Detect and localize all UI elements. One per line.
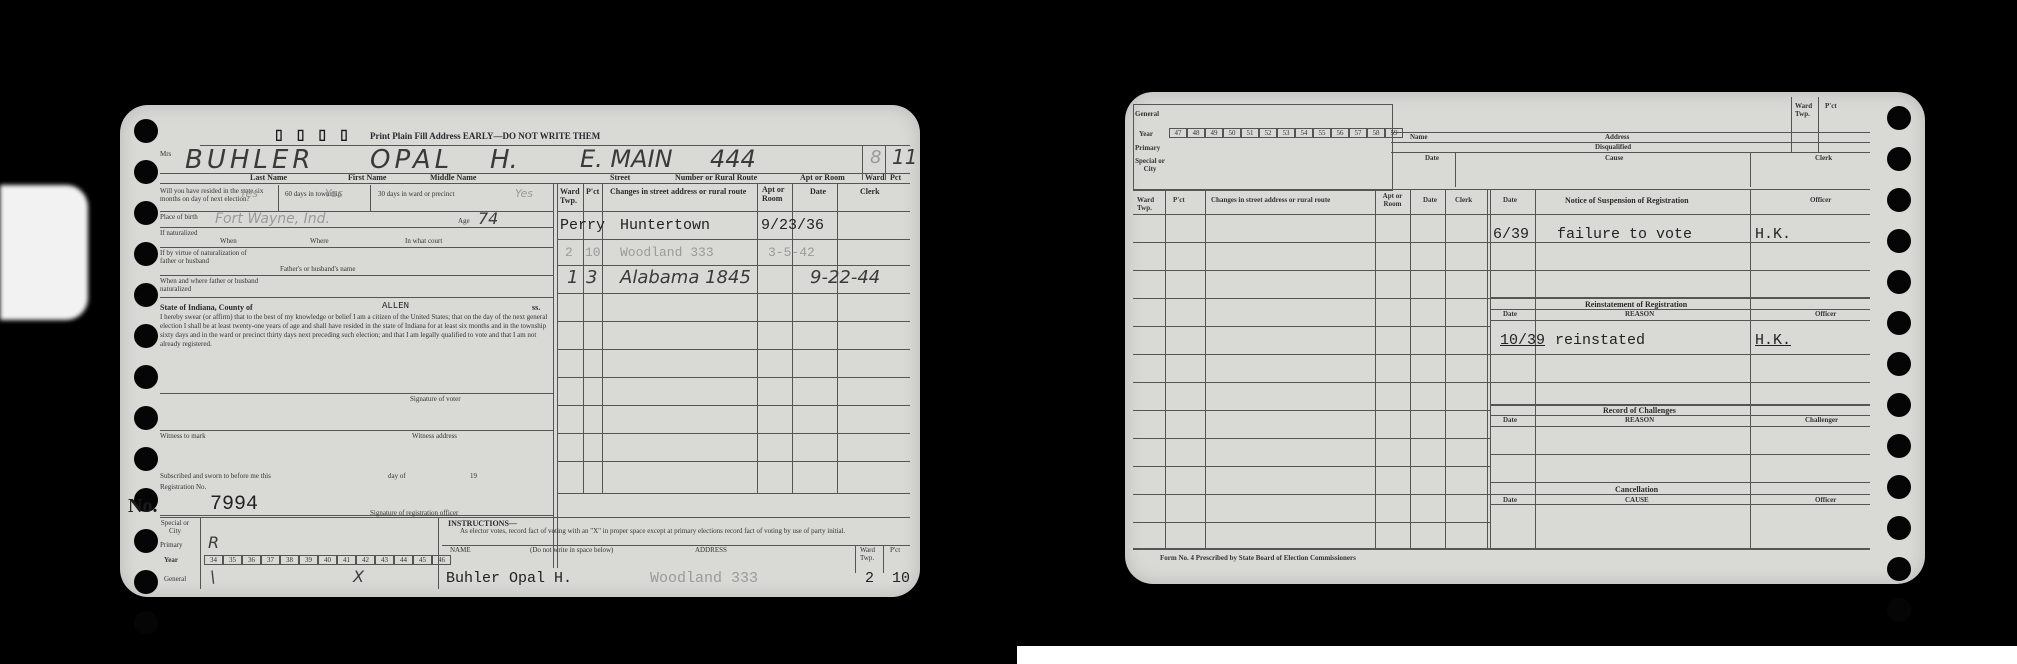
court-label: In what court <box>405 237 442 245</box>
year-cell: 50 <box>1223 128 1241 138</box>
signature-voter-label: Signature of voter <box>410 395 461 403</box>
ward-label: Ward <box>865 173 885 182</box>
voting-grid-right <box>1133 104 1393 191</box>
hole-icon <box>134 447 158 471</box>
cancellation-title: Cancellation <box>1615 485 1658 494</box>
year-row-label: Year <box>1139 130 1153 138</box>
first-name-value: OPAL <box>370 145 453 175</box>
year-cell: 45 <box>413 555 432 565</box>
header-boxes: ▯▯▯▯ <box>275 127 362 144</box>
suspension-reason: failure to vote <box>1557 226 1692 243</box>
general-mark-34: \ <box>210 567 215 586</box>
days-ward-value: Yes <box>515 187 533 200</box>
registration-number: 7994 <box>210 493 258 516</box>
change-row-2-pct: 10 <box>585 245 601 260</box>
registration-card-front: ▯▯▯▯ Print Plain Fill Address EARLY—DO N… <box>120 105 920 597</box>
fathers-name-label: Father's or husband's name <box>280 265 355 273</box>
hole-icon <box>134 119 158 143</box>
year-cell: 37 <box>261 555 280 565</box>
year-cell: 41 <box>337 555 356 565</box>
hole-icon <box>1887 516 1911 540</box>
no-write-label: (Do not write in space below) <box>530 546 613 554</box>
year-cell: 42 <box>356 555 375 565</box>
middle-name-label: Middle Name <box>430 173 476 182</box>
where-label: Where <box>310 237 329 245</box>
year-row-label: Year <box>164 556 178 564</box>
year-cell: 49 <box>1205 128 1223 138</box>
hole-icon <box>1887 393 1911 417</box>
apt-header: Apt or Room <box>1380 192 1405 208</box>
change-row-3-pct: 3 <box>586 267 597 288</box>
pct-value: 11 <box>892 145 917 169</box>
clerk-header: Clerk <box>860 187 880 196</box>
number-label: Number or Rural Route <box>675 173 757 182</box>
days-township-value: Yes <box>325 187 343 200</box>
last-name-label: Last Name <box>250 173 287 182</box>
street-label: Street <box>610 173 630 182</box>
year-cell: 56 <box>1331 128 1349 138</box>
year-cell: 57 <box>1349 128 1367 138</box>
year-cell: 48 <box>1187 128 1205 138</box>
cancellation-officer-header: Officer <box>1815 496 1836 504</box>
subscribed-label: Subscribed and sworn to before me this <box>160 472 271 480</box>
hole-icon <box>134 611 158 635</box>
change-row-1-ward: Perry <box>560 217 605 234</box>
stub-address: Woodland 333 <box>650 570 758 587</box>
form-footer: Form No. 4 Prescribed by State Board of … <box>1160 554 1356 562</box>
resided-state-value: Yes <box>240 187 258 200</box>
hole-icon <box>134 529 158 553</box>
hole-icon <box>134 570 158 594</box>
primary-row-label: Primary <box>160 541 183 549</box>
clerk-header: Clerk <box>1455 196 1472 204</box>
ward-label-bottom: Ward Twp. <box>860 546 880 562</box>
special-row-label: Special or City <box>1135 157 1165 173</box>
year-cell: 39 <box>299 555 318 565</box>
year-prefix: 19 <box>470 472 477 480</box>
cancellation-cause-header: CAUSE <box>1625 496 1649 504</box>
suspension-officer-header: Officer <box>1810 196 1831 204</box>
hole-icon <box>1887 557 1911 581</box>
when-label: When <box>220 237 237 245</box>
apt-label: Apt or Room <box>800 173 845 182</box>
county-value: ALLEN <box>382 301 409 311</box>
header-text: Print Plain Fill Address EARLY—DO NOT WR… <box>370 131 600 141</box>
pct-label: Pct <box>890 173 901 182</box>
year-cell: 35 <box>223 555 242 565</box>
first-name-label: First Name <box>348 173 386 182</box>
date-header: Date <box>1423 196 1437 204</box>
white-strip <box>1017 646 2017 664</box>
pct-label: P'ct <box>1825 102 1837 110</box>
challenges-challenger-header: Challenger <box>1805 416 1838 424</box>
scanner-glare <box>0 185 88 320</box>
hole-icon <box>134 365 158 389</box>
year-cell: 52 <box>1259 128 1277 138</box>
address-header: Changes in street address or rural route <box>610 187 746 196</box>
pct-header: P'ct <box>586 187 599 196</box>
year-cell: 36 <box>242 555 261 565</box>
primary-mark-34: R <box>208 533 219 552</box>
punch-holes <box>1887 106 1911 622</box>
when-where-label: When and where father or husband natural… <box>160 277 270 293</box>
pct-label-bottom: P'ct <box>890 546 900 554</box>
title-prefix: Mrs <box>160 150 171 158</box>
suspension-date-header: Date <box>1503 196 1517 204</box>
age-value: 74 <box>478 209 498 228</box>
cause-label: Cause <box>1605 154 1623 162</box>
hole-icon <box>1887 311 1911 335</box>
general-row-label: General <box>164 575 186 583</box>
hole-icon <box>134 324 158 348</box>
oath-text: I hereby swear (or affirm) that to the b… <box>160 313 550 349</box>
change-row-2-address: Woodland 333 <box>620 245 714 260</box>
year-cell: 46 <box>432 555 451 565</box>
change-row-3-ward: 1 <box>567 267 578 288</box>
ward-header: Ward Twp. <box>1137 196 1159 212</box>
witness-address-label: Witness address <box>412 432 457 440</box>
change-row-3-address: Alabama 1845 <box>620 267 751 288</box>
ward-value: 8 <box>870 147 881 168</box>
disq-clerk-label: Clerk <box>1815 154 1832 162</box>
state-line: State of Indiana, County of <box>160 303 253 312</box>
change-row-3-date: 9-22-44 <box>810 267 880 288</box>
instructions-text: As elector votes, record fact of voting … <box>460 527 860 535</box>
by-virtue-label: If by virtue of naturalization of father… <box>160 249 260 265</box>
year-cells-right: 47 48 49 50 51 52 53 54 55 56 57 58 59 <box>1169 128 1403 138</box>
number-value: 444 <box>710 145 756 173</box>
suspension-title: Notice of Suspension of Registration <box>1565 196 1689 205</box>
registration-card-back: General Year Primary Special or City 47 … <box>1125 92 1925 584</box>
hole-icon <box>1887 434 1911 458</box>
hole-icon <box>1887 270 1911 294</box>
year-cell: 53 <box>1277 128 1295 138</box>
reinstatement-officer: H.K. <box>1755 332 1791 349</box>
name-label: Name <box>1410 133 1428 141</box>
hole-icon <box>1887 598 1911 622</box>
cancellation-date-header: Date <box>1503 496 1517 504</box>
year-cell: 40 <box>318 555 337 565</box>
address-label: ADDRESS <box>695 546 727 554</box>
change-row-2-ward: 2 <box>565 245 573 260</box>
witness-mark-label: Witness to mark <box>160 432 206 440</box>
ward-header: Ward Twp. <box>560 187 582 205</box>
hole-icon <box>1887 352 1911 376</box>
year-cell: 38 <box>280 555 299 565</box>
hole-icon <box>134 160 158 184</box>
date-header: Date <box>810 187 826 196</box>
last-name-value: BUHLER <box>185 145 314 175</box>
place-of-birth-value: Fort Wayne, Ind. <box>215 211 330 227</box>
year-cells: 34 35 36 37 38 39 40 41 42 43 44 45 46 <box>204 555 451 565</box>
year-cell: 55 <box>1313 128 1331 138</box>
name-label: NAME <box>450 546 471 554</box>
year-cell: 44 <box>394 555 413 565</box>
suspension-date: 6/39 <box>1493 226 1529 243</box>
year-cell: 51 <box>1241 128 1259 138</box>
reinstatement-date: 10/39 <box>1500 332 1545 349</box>
address-label: Address <box>1605 133 1629 141</box>
stub-name: Buhler Opal H. <box>446 570 572 587</box>
days-ward-label: 30 days in ward or precinct <box>378 190 458 198</box>
hole-icon <box>1887 188 1911 212</box>
general-mark-42: X <box>353 567 364 586</box>
ward-label: Ward Twp. <box>1795 102 1815 118</box>
year-cell: 47 <box>1169 128 1187 138</box>
challenges-title: Record of Challenges <box>1603 406 1676 415</box>
reinstatement-reason-header: REASON <box>1625 310 1654 318</box>
reinstatement-date-header: Date <box>1503 310 1517 318</box>
middle-name-value: H. <box>490 145 518 175</box>
day-of-label: day of <box>388 472 406 480</box>
age-label: Age <box>458 217 470 225</box>
general-row-label: General <box>1135 110 1159 118</box>
disq-date-label: Date <box>1425 154 1439 162</box>
change-row-1-address: Huntertown <box>620 217 710 234</box>
hole-icon <box>134 406 158 430</box>
change-row-2-date: 3-5-42 <box>768 245 815 260</box>
address-header: Changes in street address or rural route <box>1211 196 1330 204</box>
challenges-date-header: Date <box>1503 416 1517 424</box>
hole-icon <box>1887 147 1911 171</box>
hole-icon <box>1887 475 1911 499</box>
hole-icon <box>1887 229 1911 253</box>
challenges-reason-header: REASON <box>1625 416 1654 424</box>
year-cell: 34 <box>204 555 223 565</box>
stub-ward: 2 <box>865 570 874 587</box>
reinstatement-officer-header: Officer <box>1815 310 1836 318</box>
punch-holes <box>134 119 158 635</box>
suspension-officer: H.K. <box>1755 226 1791 243</box>
registration-no-label: Registration No. <box>160 483 206 491</box>
hole-icon <box>1887 106 1911 130</box>
reinstatement-title: Reinstatement of Registration <box>1585 300 1687 309</box>
apt-header: Apt or Room <box>762 185 787 203</box>
street-value: E. MAIN <box>580 145 673 173</box>
stub-pct: 10 <box>892 570 910 587</box>
special-row-label: Special or City <box>160 519 190 535</box>
pct-header: P'ct <box>1173 196 1185 204</box>
primary-row-label: Primary <box>1135 144 1160 152</box>
year-cell: 54 <box>1295 128 1313 138</box>
no-symbol: No. <box>128 495 157 518</box>
change-row-1-date: 9/23/36 <box>761 217 824 234</box>
disqualified-label: Disqualified <box>1595 143 1631 151</box>
year-cell: 43 <box>375 555 394 565</box>
ss-label: ss. <box>532 303 540 312</box>
year-cell: 58 <box>1367 128 1385 138</box>
reinstatement-reason: reinstated <box>1555 332 1645 349</box>
naturalized-label: If naturalized <box>160 229 210 237</box>
hole-icon <box>134 283 158 307</box>
hole-icon <box>134 242 158 266</box>
year-cell: 59 <box>1385 128 1403 138</box>
signature-officer-label: Signature of registration officer <box>370 509 458 517</box>
hole-icon <box>134 201 158 225</box>
place-of-birth-label: Place of birth <box>160 213 200 221</box>
